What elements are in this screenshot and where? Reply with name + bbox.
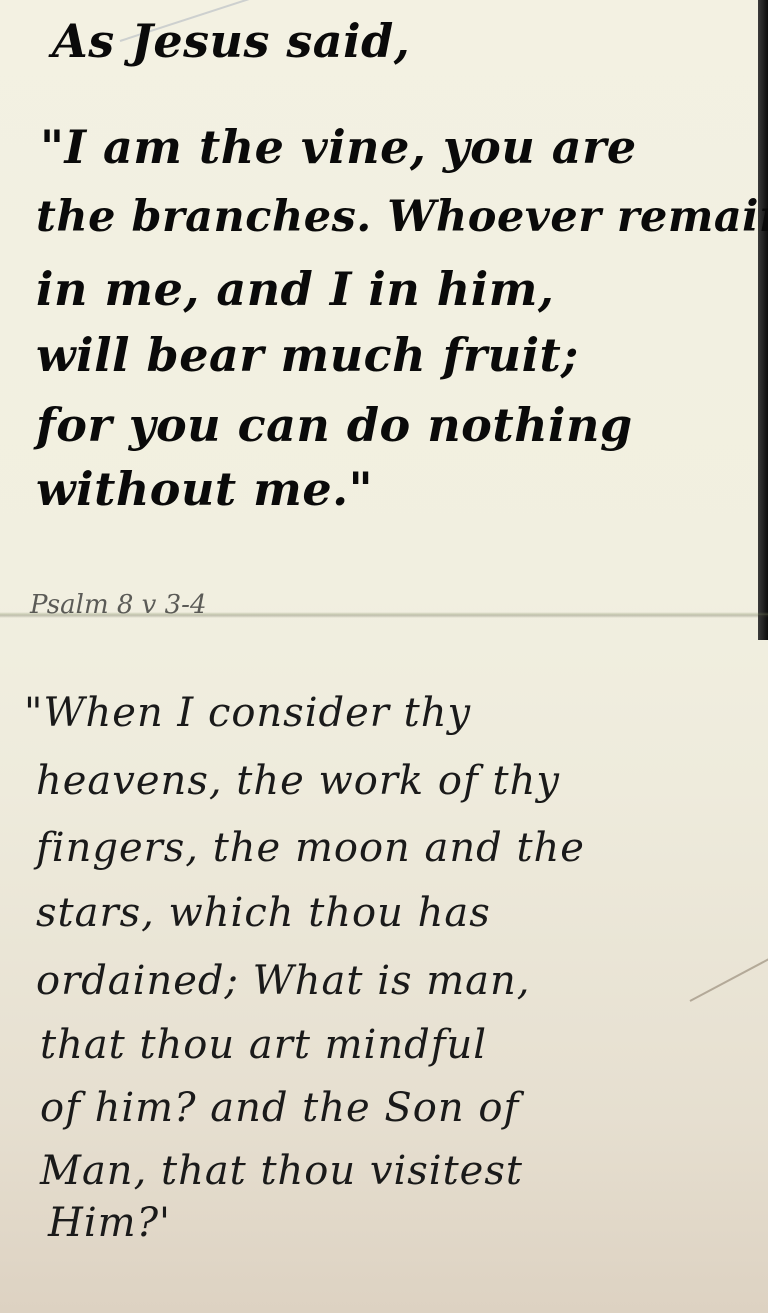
text-line: ordained; What is man, [36, 958, 530, 1004]
text-line: that thou art mindful [40, 1022, 487, 1068]
text-line: Man, that thou visitest [40, 1148, 523, 1194]
text-line: the branches. Whoever remains [36, 192, 768, 242]
text-line: will bear much fruit; [36, 328, 579, 382]
text-line: "When I consider thy [24, 690, 471, 736]
text-line: stars, which thou has [36, 890, 491, 936]
text-line: without me." [36, 462, 373, 516]
text-line: fingers, the moon and the [36, 825, 585, 871]
text-line: "I am the vine, you are [40, 120, 637, 174]
text-line: heavens, the work of thy [36, 758, 560, 804]
text-line: for you can do nothing [36, 398, 633, 452]
scripture-reference: Psalm 8 v 3-4 [30, 590, 207, 620]
dark-background-edge [758, 0, 768, 640]
paper-crease [690, 958, 768, 1002]
text-line: in me, and I in him, [36, 262, 554, 316]
text-line: Him?' [48, 1200, 171, 1246]
text-line: of him? and the Son of [40, 1085, 519, 1131]
intro-line: As Jesus said, [52, 14, 410, 68]
